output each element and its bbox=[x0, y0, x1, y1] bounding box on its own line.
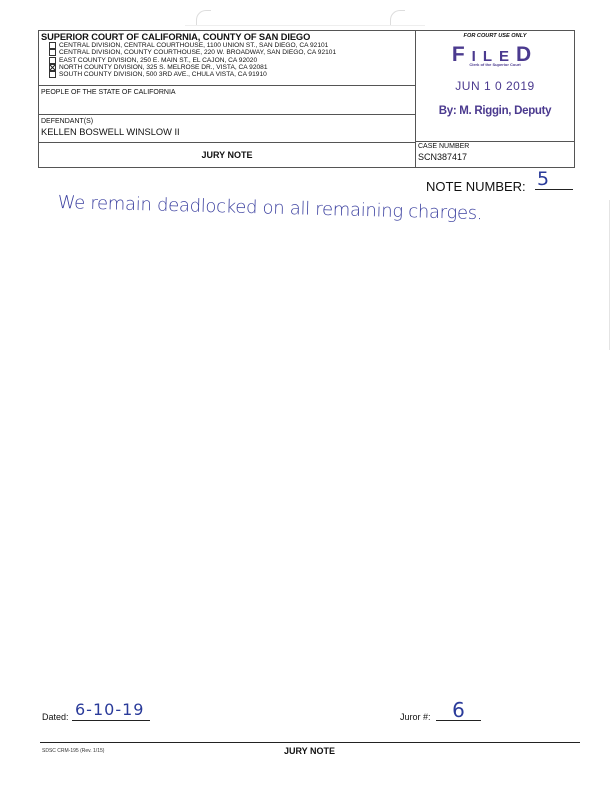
defendant-label: DEFENDANT(S) bbox=[41, 118, 413, 125]
court-block: SUPERIOR COURT OF CALIFORNIA, COUNTY OF … bbox=[39, 31, 415, 86]
defendant-block: DEFENDANT(S) KELLEN BOSWELL WINSLOW II bbox=[39, 115, 415, 143]
division-label: NORTH COUNTY DIVISION, 325 S. MELROSE DR… bbox=[59, 64, 268, 71]
court-title: SUPERIOR COURT OF CALIFORNIA, COUNTY OF … bbox=[41, 32, 413, 42]
case-number: SCN387417 bbox=[418, 152, 572, 162]
caption-left: SUPERIOR COURT OF CALIFORNIA, COUNTY OF … bbox=[39, 31, 416, 167]
plaintiff: PEOPLE OF THE STATE OF CALIFORNIA bbox=[39, 86, 415, 115]
case-number-label: CASE NUMBER bbox=[418, 143, 572, 150]
dated-field[interactable]: 6-10-19 bbox=[72, 700, 150, 721]
division-label: CENTRAL DIVISION, CENTRAL COURTHOUSE, 11… bbox=[59, 42, 328, 49]
scan-line bbox=[185, 25, 425, 26]
checkbox-icon[interactable] bbox=[49, 57, 56, 64]
checkbox-icon[interactable] bbox=[49, 49, 56, 56]
division-label: EAST COUNTY DIVISION, 250 E. MAIN ST., E… bbox=[59, 57, 257, 64]
note-text[interactable]: We remain deadlocked on all remaining ch… bbox=[57, 192, 482, 224]
scan-mark bbox=[196, 10, 211, 25]
note-number-label: NOTE NUMBER: bbox=[426, 179, 526, 194]
stamp-date: JUN 1 0 2019 bbox=[416, 79, 574, 93]
filed-stamp: FILED Clerk of the Superior Court JUN 1 … bbox=[416, 47, 574, 117]
juror-label: Juror #: bbox=[400, 712, 431, 722]
division-option[interactable]: CENTRAL DIVISION, CENTRAL COURTHOUSE, 11… bbox=[41, 42, 413, 49]
footer-title: JURY NOTE bbox=[284, 746, 335, 756]
defendant-name: KELLEN BOSWELL WINSLOW II bbox=[41, 127, 413, 137]
case-number-block: CASE NUMBER SCN387417 bbox=[416, 141, 574, 167]
division-list: CENTRAL DIVISION, CENTRAL COURTHOUSE, 11… bbox=[41, 42, 413, 78]
checkbox-icon[interactable] bbox=[49, 71, 56, 78]
court-use-label: FOR COURT USE ONLY bbox=[416, 31, 574, 39]
checkbox-icon[interactable] bbox=[49, 42, 56, 49]
division-option[interactable]: EAST COUNTY DIVISION, 250 E. MAIN ST., E… bbox=[41, 57, 413, 64]
division-label: SOUTH COUNTY DIVISION, 500 3RD AVE., CHU… bbox=[59, 71, 267, 78]
form-code: SDSC CRM-195 (Rev. 1/15) bbox=[42, 748, 104, 754]
court-use-box: FOR COURT USE ONLY FILED Clerk of the Su… bbox=[416, 31, 574, 167]
division-option[interactable]: NORTH COUNTY DIVISION, 325 S. MELROSE DR… bbox=[41, 64, 413, 71]
dated-label: Dated: bbox=[42, 712, 69, 722]
clerk-text: Clerk of the Superior Court bbox=[416, 62, 574, 67]
checkbox-checked-icon[interactable] bbox=[49, 64, 56, 71]
page-edge bbox=[609, 200, 610, 350]
note-number-field[interactable]: 5 bbox=[535, 168, 573, 190]
footer-divider bbox=[40, 742, 580, 743]
juror-field[interactable]: 6 bbox=[436, 698, 481, 721]
division-option[interactable]: CENTRAL DIVISION, COUNTY COURTHOUSE, 220… bbox=[41, 49, 413, 56]
caption-box: SUPERIOR COURT OF CALIFORNIA, COUNTY OF … bbox=[38, 30, 575, 168]
stamp-by: By: M. Riggin, Deputy bbox=[416, 105, 574, 117]
division-option[interactable]: SOUTH COUNTY DIVISION, 500 3RD AVE., CHU… bbox=[41, 71, 413, 78]
form-title: JURY NOTE bbox=[39, 143, 415, 167]
division-label: CENTRAL DIVISION, COUNTY COURTHOUSE, 220… bbox=[59, 49, 336, 56]
scan-mark bbox=[390, 10, 405, 25]
